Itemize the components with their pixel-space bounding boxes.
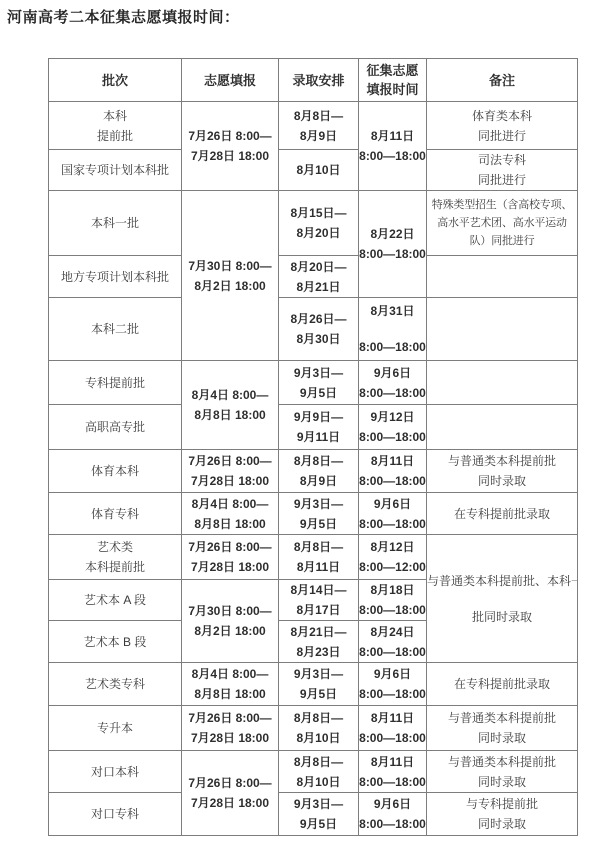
batch-cell: 体育本科 [49,450,182,493]
collect-cell: 8月11日8:00—18:00 [359,102,427,191]
cell-line: 在专科提前批录取 [427,674,577,694]
note-cell: 体育类本科同批进行 [427,102,578,150]
cell-line: 8:00—18:00 [359,814,426,834]
cell-line: 8月20日— [279,257,358,277]
cell-line: 8月11日 [279,557,358,577]
fill-cell: 7月26日 8:00—7月28日 18:00 [182,751,279,836]
table-body: 本科提前批7月26日 8:00—7月28日 18:008月8日—8月9日8月11… [49,102,578,836]
note-cell: 与普通类本科提前批同时录取 [427,751,578,793]
cell-line: 在专科提前批录取 [427,504,577,524]
cell-line: 9月3日— [279,494,358,514]
table-row: 本科提前批7月26日 8:00—7月28日 18:008月8日—8月9日8月11… [49,102,578,150]
cell-line: 7月28日 18:00 [182,471,278,491]
cell-line: 队）同批进行 [427,232,577,250]
table-row: 高职高专批9月9日—9月11日9月12日8:00—18:00 [49,405,578,450]
cell-line: 8:00—18:00 [359,600,426,620]
cell-line: 7月26日 8:00— [182,708,278,728]
table-row: 对口本科7月26日 8:00—7月28日 18:008月8日—8月10日8月11… [49,751,578,793]
admission-cell: 8月20日—8月21日 [279,256,359,298]
collect-cell: 9月6日8:00—18:00 [359,493,427,535]
cell-line: 同时录取 [427,471,577,491]
cell-line: 对口本科 [49,762,181,782]
table-row: 对口专科9月3日—9月5日9月6日8:00—18:00与专科提前批同时录取 [49,793,578,836]
cell-line: 8月10日 [279,160,358,180]
cell-line: 9月3日— [279,664,358,684]
cell-line: 8月23日 [279,642,358,662]
admission-cell: 8月26日—8月30日 [279,298,359,361]
cell-line: 司法专科 [427,150,577,170]
cell-line: 8:00—18:00 [359,337,426,357]
page: 河南高考二本征集志愿填报时间： 批次志愿填报录取安排征集志愿填报时间备注 本科提… [0,0,609,858]
batch-cell: 艺术类专科 [49,663,182,706]
cell-line: 艺术本 B 段 [49,632,181,652]
cell-line: 9月6日 [359,794,426,814]
cell-line: 本科二批 [49,319,181,339]
cell-line [359,321,426,337]
cell-line: 8:00—18:00 [359,728,426,748]
cell-line: 志愿填报 [182,71,278,90]
column-header-fill: 志愿填报 [182,59,279,102]
cell-line: 9月5日 [279,383,358,403]
cell-line: 8月31日 [359,301,426,321]
cell-line: 7月30日 8:00— [182,256,278,276]
cell-line: 8:00—18:00 [359,772,426,792]
cell-line: 与普通类本科提前批、本科一 [427,563,577,599]
batch-cell: 艺术本 B 段 [49,621,182,663]
batch-cell: 本科二批 [49,298,182,361]
cell-line: 同时录取 [427,772,577,792]
cell-line: 录取安排 [279,71,358,90]
batch-cell: 专升本 [49,706,182,751]
table-row: 专升本7月26日 8:00—7月28日 18:008月8日—8月10日8月11日… [49,706,578,751]
cell-line: 7月28日 18:00 [182,557,278,577]
fill-cell: 8月4日 8:00—8月8日 18:00 [182,663,279,706]
table-row: 国家专项计划本科批8月10日司法专科同批进行 [49,150,578,191]
table-row: 艺术类本科提前批7月26日 8:00—7月28日 18:008月8日—8月11日… [49,535,578,580]
table-row: 地方专项计划本科批8月20日—8月21日 [49,256,578,298]
cell-line: 8月8日 18:00 [182,514,278,534]
cell-line: 特殊类型招生（含高校专项、 [427,196,577,214]
cell-line: 7月26日 8:00— [182,773,278,793]
note-cell: 在专科提前批录取 [427,493,578,535]
column-header-collect: 征集志愿填报时间 [359,59,427,102]
cell-line: 提前批 [49,126,181,146]
cell-line: 同批进行 [427,126,577,146]
cell-line: 本科一批 [49,213,181,233]
batch-cell: 高职高专批 [49,405,182,450]
cell-line: 地方专项计划本科批 [49,267,181,287]
column-header-admission: 录取安排 [279,59,359,102]
cell-line: 批同时录取 [427,599,577,635]
note-cell [427,256,578,298]
page-title: 河南高考二本征集志愿填报时间： [7,6,240,27]
cell-line: 8月30日 [279,329,358,349]
column-header-batch: 批次 [49,59,182,102]
cell-line: 与普通类本科提前批 [427,451,577,471]
cell-line: 7月28日 18:00 [182,728,278,748]
admission-cell: 8月8日—8月10日 [279,751,359,793]
cell-line: 征集志愿 [359,61,426,80]
cell-line: 7月28日 18:00 [182,146,278,166]
cell-line: 9月6日 [359,494,426,514]
cell-line: 8:00—12:00 [359,557,426,577]
cell-line: 艺术本 A 段 [49,590,181,610]
admission-cell: 9月3日—9月5日 [279,493,359,535]
cell-line: 艺术类 [49,537,181,557]
admission-cell: 8月10日 [279,150,359,191]
cell-line: 8月17日 [279,600,358,620]
column-header-note: 备注 [427,59,578,102]
cell-line: 8月11日 [359,451,426,471]
cell-line: 高水平艺术团、高水平运动 [427,214,577,232]
table-row: 艺术类专科8月4日 8:00—8月8日 18:009月3日—9月5日9月6日8:… [49,663,578,706]
note-cell: 与普通类本科提前批同时录取 [427,450,578,493]
cell-line: 9月11日 [279,427,358,447]
cell-line: 9月5日 [279,814,358,834]
note-cell: 与普通类本科提前批、本科一批同时录取 [427,535,578,663]
cell-line: 9月6日 [359,664,426,684]
cell-line: 7月26日 8:00— [182,451,278,471]
cell-line: 同批进行 [427,170,577,190]
batch-cell: 对口本科 [49,751,182,793]
cell-line: 同时录取 [427,814,577,834]
collect-cell: 8月22日8:00—18:00 [359,191,427,298]
cell-line: 8月2日 18:00 [182,621,278,641]
cell-line: 与专科提前批 [427,794,577,814]
cell-line: 填报时间 [359,80,426,99]
cell-line: 8月10日 [279,772,358,792]
note-cell: 与普通类本科提前批同时录取 [427,706,578,751]
cell-line: 与普通类本科提前批 [427,752,577,772]
admission-cell: 8月21日—8月23日 [279,621,359,663]
cell-line: 同时录取 [427,728,577,748]
fill-cell: 7月26日 8:00—7月28日 18:00 [182,102,279,191]
cell-line: 9月3日— [279,363,358,383]
cell-line: 8月8日— [279,106,358,126]
cell-line: 对口专科 [49,804,181,824]
cell-line: 9月9日— [279,407,358,427]
note-cell [427,361,578,405]
collect-cell: 8月12日8:00—12:00 [359,535,427,580]
cell-line: 体育类本科 [427,106,577,126]
cell-line: 8:00—18:00 [359,146,426,166]
header-row: 批次志愿填报录取安排征集志愿填报时间备注 [49,59,578,102]
admission-cell: 8月15日—8月20日 [279,191,359,256]
cell-line: 8月4日 8:00— [182,385,278,405]
cell-line: 8月11日 [359,752,426,772]
cell-line: 7月26日 8:00— [182,537,278,557]
collect-cell: 8月11日8:00—18:00 [359,450,427,493]
collect-cell: 9月6日8:00—18:00 [359,793,427,836]
cell-line: 9月5日 [279,514,358,534]
batch-cell: 本科一批 [49,191,182,256]
cell-line: 备注 [427,71,577,90]
batch-cell: 本科提前批 [49,102,182,150]
fill-cell: 8月4日 8:00—8月8日 18:00 [182,493,279,535]
cell-line: 体育专科 [49,504,181,524]
schedule-table: 批次志愿填报录取安排征集志愿填报时间备注 本科提前批7月26日 8:00—7月2… [48,58,578,836]
cell-line: 7月30日 8:00— [182,601,278,621]
batch-cell: 艺术本 A 段 [49,580,182,621]
collect-cell: 8月24日8:00—18:00 [359,621,427,663]
cell-line: 本科 [49,106,181,126]
batch-cell: 体育专科 [49,493,182,535]
admission-cell: 8月8日—8月10日 [279,706,359,751]
admission-cell: 8月8日—8月9日 [279,450,359,493]
cell-line: 8月8日— [279,708,358,728]
cell-line: 8月4日 8:00— [182,664,278,684]
note-cell: 与专科提前批同时录取 [427,793,578,836]
admission-cell: 9月3日—9月5日 [279,793,359,836]
cell-line: 艺术类专科 [49,674,181,694]
table-row: 体育本科7月26日 8:00—7月28日 18:008月8日—8月9日8月11日… [49,450,578,493]
cell-line: 9月12日 [359,407,426,427]
cell-line: 7月28日 18:00 [182,793,278,813]
cell-line: 8月9日 [279,126,358,146]
batch-cell: 地方专项计划本科批 [49,256,182,298]
cell-line: 8:00—18:00 [359,642,426,662]
admission-cell: 9月9日—9月11日 [279,405,359,450]
cell-line: 8月11日 [359,126,426,146]
cell-line: 8月8日— [279,537,358,557]
cell-line: 8月8日 18:00 [182,684,278,704]
cell-line: 8:00—18:00 [359,514,426,534]
note-cell: 特殊类型招生（含高校专项、高水平艺术团、高水平运动队）同批进行 [427,191,578,256]
batch-cell: 艺术类本科提前批 [49,535,182,580]
cell-line: 体育本科 [49,461,181,481]
cell-line: 8月21日— [279,622,358,642]
cell-line: 8月4日 8:00— [182,494,278,514]
fill-cell: 7月26日 8:00—7月28日 18:00 [182,535,279,580]
note-cell: 司法专科同批进行 [427,150,578,191]
admission-cell: 9月3日—9月5日 [279,361,359,405]
admission-cell: 8月14日—8月17日 [279,580,359,621]
cell-line: 8月10日 [279,728,358,748]
cell-line: 8:00—18:00 [359,427,426,447]
batch-cell: 对口专科 [49,793,182,836]
cell-line: 8:00—18:00 [359,471,426,491]
cell-line: 9月6日 [359,363,426,383]
fill-cell: 7月30日 8:00—8月2日 18:00 [182,191,279,361]
cell-line: 批次 [49,71,181,90]
table-row: 本科二批8月26日—8月30日8月31日 8:00—18:00 [49,298,578,361]
admission-cell: 8月8日—8月9日 [279,102,359,150]
table-row: 本科一批7月30日 8:00—8月2日 18:008月15日—8月20日8月22… [49,191,578,256]
cell-line: 8月8日— [279,752,358,772]
collect-cell: 8月18日8:00—18:00 [359,580,427,621]
collect-cell: 9月12日8:00—18:00 [359,405,427,450]
fill-cell: 8月4日 8:00—8月8日 18:00 [182,361,279,450]
cell-line: 与普通类本科提前批 [427,708,577,728]
table-row: 体育专科8月4日 8:00—8月8日 18:009月3日—9月5日9月6日8:0… [49,493,578,535]
collect-cell: 8月11日8:00—18:00 [359,751,427,793]
collect-cell: 9月6日8:00—18:00 [359,663,427,706]
note-cell: 在专科提前批录取 [427,663,578,706]
cell-line: 8月11日 [359,708,426,728]
note-cell [427,298,578,361]
batch-cell: 国家专项计划本科批 [49,150,182,191]
cell-line: 8月8日 18:00 [182,405,278,425]
cell-line: 8月18日 [359,580,426,600]
cell-line: 8月9日 [279,471,358,491]
cell-line: 8月2日 18:00 [182,276,278,296]
cell-line: 本科提前批 [49,557,181,577]
cell-line: 8月12日 [359,537,426,557]
cell-line: 8月24日 [359,622,426,642]
cell-line: 国家专项计划本科批 [49,160,181,180]
cell-line: 8月14日— [279,580,358,600]
cell-line: 9月5日 [279,684,358,704]
cell-line: 8月26日— [279,309,358,329]
cell-line: 8月15日— [279,203,358,223]
cell-line: 7月26日 8:00— [182,126,278,146]
collect-cell: 9月6日8:00—18:00 [359,361,427,405]
collect-cell: 8月31日 8:00—18:00 [359,298,427,361]
cell-line: 9月3日— [279,794,358,814]
cell-line: 专科提前批 [49,373,181,393]
cell-line: 8:00—18:00 [359,383,426,403]
note-cell [427,405,578,450]
cell-line: 8月8日— [279,451,358,471]
cell-line: 高职高专批 [49,417,181,437]
cell-line: 8:00—18:00 [359,684,426,704]
collect-cell: 8月11日8:00—18:00 [359,706,427,751]
cell-line: 专升本 [49,718,181,738]
table-row: 专科提前批8月4日 8:00—8月8日 18:009月3日—9月5日9月6日8:… [49,361,578,405]
fill-cell: 7月26日 8:00—7月28日 18:00 [182,450,279,493]
cell-line: 8月22日 [359,224,426,244]
cell-line: 8月21日 [279,277,358,297]
admission-cell: 8月8日—8月11日 [279,535,359,580]
cell-line: 8月20日 [279,223,358,243]
cell-line: 8:00—18:00 [359,244,426,264]
fill-cell: 7月26日 8:00—7月28日 18:00 [182,706,279,751]
batch-cell: 专科提前批 [49,361,182,405]
fill-cell: 7月30日 8:00—8月2日 18:00 [182,580,279,663]
admission-cell: 9月3日—9月5日 [279,663,359,706]
